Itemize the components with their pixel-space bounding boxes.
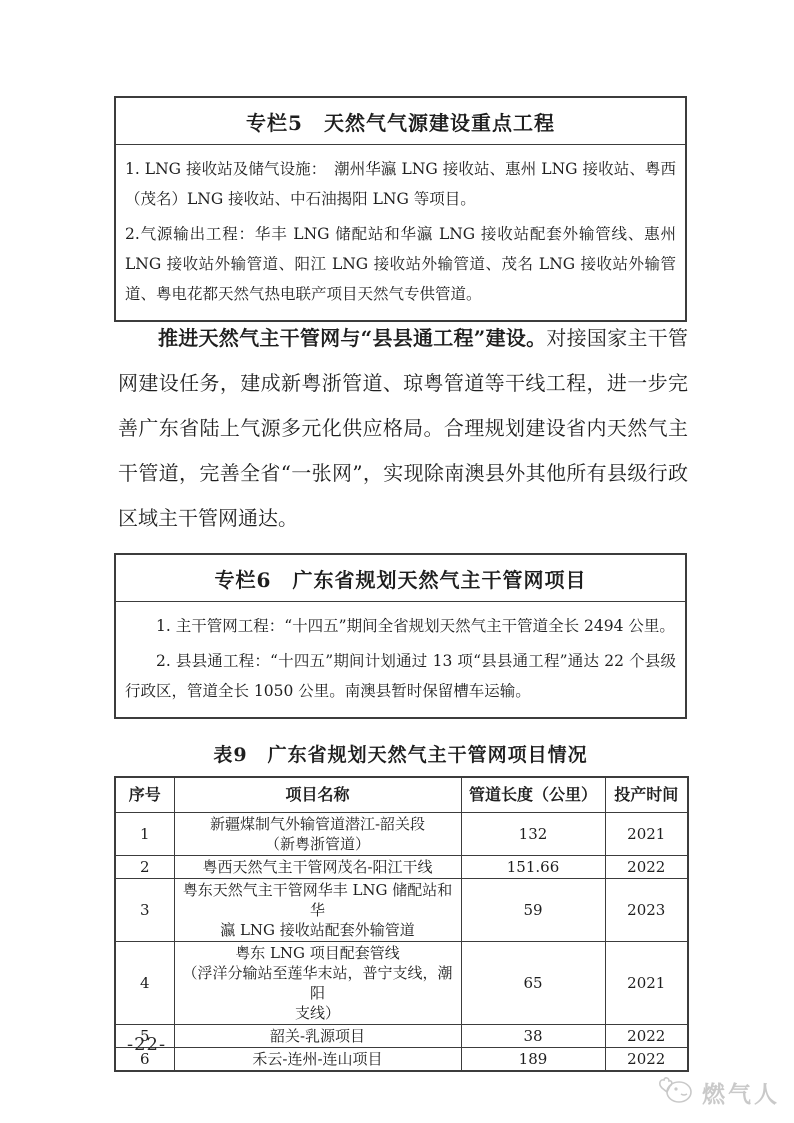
table-row: 6 禾云-连州-连山项目 189 2022 <box>115 1048 688 1072</box>
table9-header-year: 投产时间 <box>605 777 688 813</box>
table9-title: 表9 广东省规划天然气主干管网项目情况 <box>114 740 687 767</box>
cell-year: 2021 <box>605 813 688 856</box>
column-box-6-item-2: 2. 县县通工程：“十四五”期间计划通过 13 项“县县通工程”通达 22 个县… <box>125 646 676 706</box>
column-box-5-body: 1. LNG 接收站及储气设施： 潮州华瀛 LNG 接收站、惠州 LNG 接收站… <box>116 145 685 320</box>
watermark: 燃气人 <box>654 1074 780 1110</box>
document-page: 专栏5 天然气气源建设重点工程 1. LNG 接收站及储气设施： 潮州华瀛 LN… <box>0 0 794 1123</box>
column-box-5-item-2: 2.气源输出工程：华丰 LNG 储配站和华瀛 LNG 接收站配套外输管线、惠州 … <box>125 219 676 309</box>
cell-year: 2021 <box>605 942 688 1025</box>
cell-length: 65 <box>461 942 605 1025</box>
table9-header-length: 管道长度（公里） <box>461 777 605 813</box>
column-box-5-item-1: 1. LNG 接收站及储气设施： 潮州华瀛 LNG 接收站、惠州 LNG 接收站… <box>125 154 676 214</box>
cell-length: 38 <box>461 1025 605 1048</box>
paragraph-body-text: 对接国家主干管网建设任务，建成新粤浙管道、琼粤管道等干线工程，进一步完善广东省陆… <box>118 326 688 530</box>
cell-year: 2022 <box>605 1048 688 1072</box>
table-row: 2 粤西天然气主干管网茂名-阳江干线 151.66 2022 <box>115 856 688 879</box>
table9-header-name: 项目名称 <box>174 777 461 813</box>
cell-project-name: 粤东 LNG 项目配套管线 （浮洋分输站至莲华末站，普宁支线，潮阳 支线） <box>174 942 461 1025</box>
cell-no: 3 <box>115 879 174 942</box>
cell-year: 2022 <box>605 1025 688 1048</box>
cell-project-name: 韶关-乳源项目 <box>174 1025 461 1048</box>
cell-year: 2023 <box>605 879 688 942</box>
watermark-label: 燃气人 <box>702 1076 780 1109</box>
column-box-6: 专栏6 广东省规划天然气主干管网项目 1. 主干管网工程：“十四五”期间全省规划… <box>114 553 687 719</box>
column-box-6-title: 专栏6 广东省规划天然气主干管网项目 <box>116 555 685 602</box>
table9-header-no: 序号 <box>115 777 174 813</box>
gas-mascot-icon <box>654 1074 696 1110</box>
cell-length: 59 <box>461 879 605 942</box>
table-row: 5 韶关-乳源项目 38 2022 <box>115 1025 688 1048</box>
cell-project-name: 粤西天然气主干管网茂名-阳江干线 <box>174 856 461 879</box>
cell-no: 1 <box>115 813 174 856</box>
table-row: 4 粤东 LNG 项目配套管线 （浮洋分输站至莲华末站，普宁支线，潮阳 支线） … <box>115 942 688 1025</box>
table-row: 1 新疆煤制气外输管道潜江-韶关段 （新粤浙管道） 132 2021 <box>115 813 688 856</box>
column-box-5: 专栏5 天然气气源建设重点工程 1. LNG 接收站及储气设施： 潮州华瀛 LN… <box>114 96 687 322</box>
body-paragraph: 推进天然气主干管网与“县县通工程”建设。对接国家主干管网建设任务，建成新粤浙管道… <box>118 316 688 541</box>
page-number: -22- <box>127 1034 166 1055</box>
table9: 序号 项目名称 管道长度（公里） 投产时间 1 新疆煤制气外输管道潜江-韶关段 … <box>114 776 689 1072</box>
column-box-6-item-1: 1. 主干管网工程：“十四五”期间全省规划天然气主干管道全长 2494 公里。 <box>125 611 676 641</box>
cell-no: 2 <box>115 856 174 879</box>
cell-project-name: 粤东天然气主干管网华丰 LNG 储配站和华 瀛 LNG 接收站配套外输管道 <box>174 879 461 942</box>
cell-length: 151.66 <box>461 856 605 879</box>
paragraph-lead-bold: 推进天然气主干管网与“县县通工程”建设。 <box>158 326 546 350</box>
cell-length: 189 <box>461 1048 605 1072</box>
cell-year: 2022 <box>605 856 688 879</box>
cell-project-name: 禾云-连州-连山项目 <box>174 1048 461 1072</box>
column-box-5-title: 专栏5 天然气气源建设重点工程 <box>116 98 685 145</box>
table9-header-row: 序号 项目名称 管道长度（公里） 投产时间 <box>115 777 688 813</box>
cell-project-name: 新疆煤制气外输管道潜江-韶关段 （新粤浙管道） <box>174 813 461 856</box>
cell-no: 4 <box>115 942 174 1025</box>
cell-length: 132 <box>461 813 605 856</box>
column-box-6-body: 1. 主干管网工程：“十四五”期间全省规划天然气主干管道全长 2494 公里。 … <box>116 602 685 717</box>
table-row: 3 粤东天然气主干管网华丰 LNG 储配站和华 瀛 LNG 接收站配套外输管道 … <box>115 879 688 942</box>
